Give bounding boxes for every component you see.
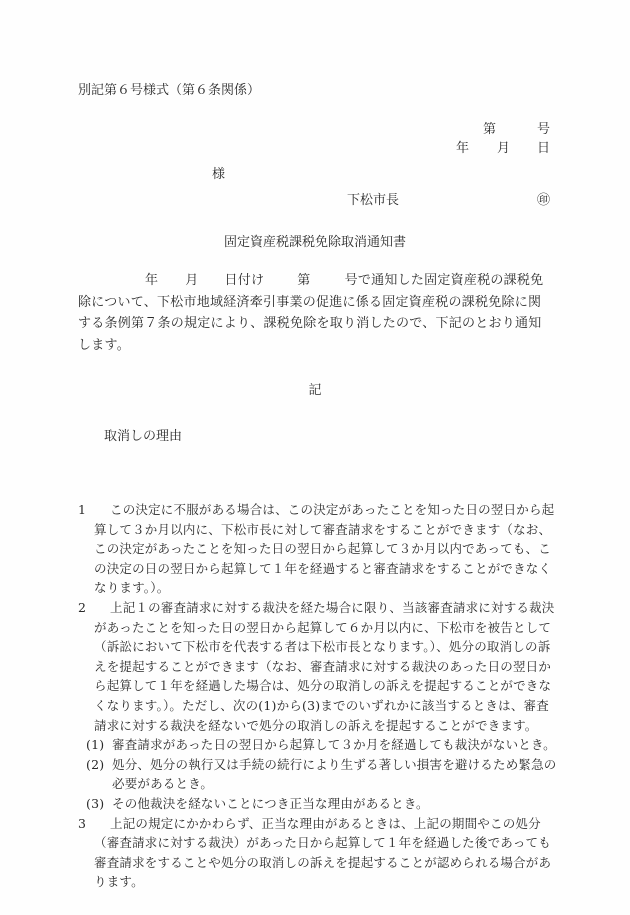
date-day-label: 日 <box>537 141 550 157</box>
date-month-label: 月 <box>497 141 510 157</box>
note-number: 1 <box>78 500 86 520</box>
sub-note-text: 処分、処分の執行又は手続の続行により生ずる著しい損害を避けるため緊急の必要がある… <box>112 757 557 792</box>
body-month-label: 月 <box>185 273 198 288</box>
document-number-prefix: 第 <box>483 122 496 138</box>
note-text: 上記１の審査請求に対する裁決を経た場合に限り、当該審査請求に対する裁決があったこ… <box>94 600 555 733</box>
document-title: 固定資産税課税免除取消通知書 <box>0 235 630 251</box>
note-item: 1 この決定に不服がある場合は、この決定があったことを知った日の翌日から起算して… <box>78 500 558 598</box>
note-number: 3 <box>78 814 86 834</box>
sub-note-number: (3) <box>86 794 104 814</box>
body-year-label: 年 <box>145 273 158 288</box>
document-number-suffix: 号 <box>537 122 550 138</box>
note-text: この決定に不服がある場合は、この決定があったことを知った日の翌日から起算して３か… <box>94 502 554 595</box>
note-number: 2 <box>78 598 86 618</box>
ki-heading: 記 <box>0 383 630 399</box>
note-item: 2 上記１の審査請求に対する裁決を経た場合に限り、当該審査請求に対する裁決があっ… <box>78 598 558 735</box>
addressee-suffix: 様 <box>212 167 225 183</box>
seal-icon: ㊞ <box>537 193 550 209</box>
sub-note-text: 審査請求があった日の翌日から起算して３か月を経過しても裁決がないとき。 <box>112 737 556 752</box>
reason-label: 取消しの理由 <box>104 429 182 445</box>
body-dated-label: 日付け <box>225 273 265 288</box>
form-label: 別記第６号様式（第６条関係） <box>78 83 260 99</box>
sub-note-item: (1) 審査請求があった日の翌日から起算して３か月を経過しても裁決がないとき。 <box>78 735 558 755</box>
date-year-label: 年 <box>456 141 469 157</box>
note-text: 上記の規定にかかわらず、正当な理由があるときは、上記の期間やこの処分（審査請求に… <box>94 816 551 890</box>
body-paragraph: 年月日付け第号で通知した固定資産税の課税免除について、下松市地域経済牽引事業の促… <box>78 270 553 356</box>
sub-note-text: その他裁決を経ないことにつき正当な理由があるとき。 <box>112 796 429 811</box>
sub-note-item: (3) その他裁決を経ないことにつき正当な理由があるとき。 <box>78 794 558 814</box>
sub-note-number: (2) <box>86 755 104 775</box>
issuer-name: 下松市長 <box>347 193 399 209</box>
note-item: 3 上記の規定にかかわらず、正当な理由があるときは、上記の期間やこの処分（審査請… <box>78 814 558 892</box>
appeal-notes: 1 この決定に不服がある場合は、この決定があったことを知った日の翌日から起算して… <box>78 500 558 892</box>
sub-note-number: (1) <box>86 735 104 755</box>
body-number-prefix: 第 <box>297 273 310 288</box>
sub-note-item: (2) 処分、処分の執行又は手続の続行により生ずる著しい損害を避けるため緊急の必… <box>78 755 558 794</box>
